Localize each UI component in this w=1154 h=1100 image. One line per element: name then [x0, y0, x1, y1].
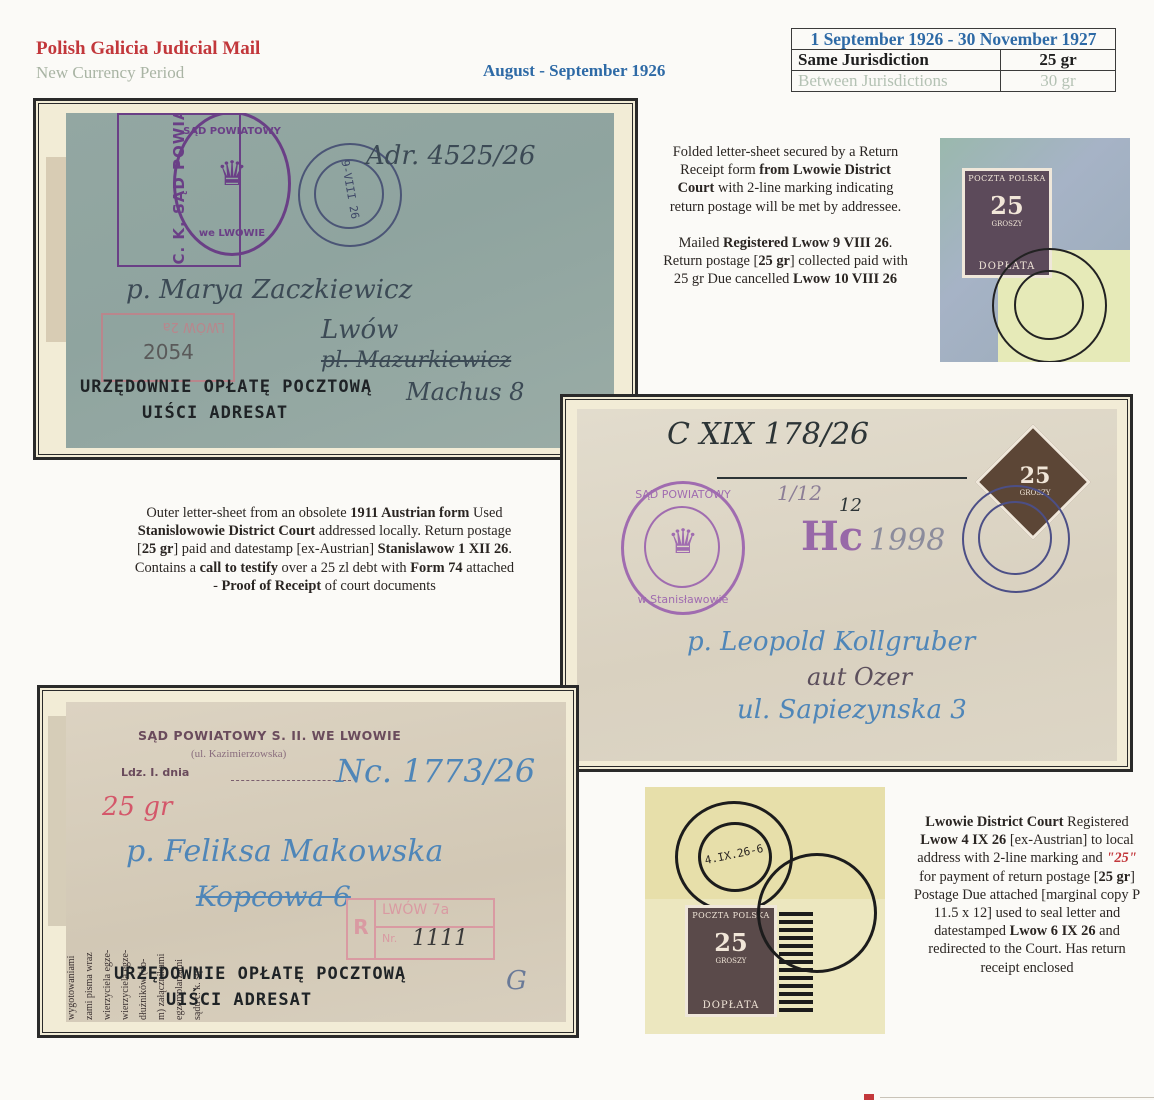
docket-number: Adr. 4525/26	[366, 141, 536, 171]
printed-court-header: SĄD POWIATOWY S. II. WE LWOWIE	[138, 728, 401, 743]
caption-emphasis: Stanislawow 1 XII 26	[378, 541, 509, 557]
address-struck: Kopcowa 6	[196, 880, 351, 913]
official-postage-line1: URZĘDOWNIE OPŁATĘ POCZTOWĄ	[114, 964, 406, 984]
datestamp	[962, 485, 1070, 593]
registration-office: LWÓW 2a	[103, 315, 233, 338]
caption-cover-3-text: Lwowie District Court Registered Lwow 4 …	[912, 813, 1142, 977]
rate-value: 25 gr	[1001, 50, 1116, 71]
official-postage-line1: URZĘDOWNIE OPŁATĘ POCZTOWĄ	[80, 377, 372, 397]
oval-cachet-top: SĄD POWIATOWY	[176, 126, 288, 137]
round-cachet: ♛ SĄD POWIATOWY w Stanisławowie	[621, 481, 745, 615]
registration-office: LWÓW 7a	[382, 902, 449, 918]
rate-table: 1 September 1926 - 30 November 1927 Same…	[791, 28, 1116, 92]
caption-text: Used	[469, 505, 502, 521]
caption-emphasis: "25"	[1106, 850, 1136, 866]
caption-text: over a 25 zl debt with	[278, 560, 410, 576]
official-postage-line2: UIŚCI ADRESAT	[166, 990, 312, 1010]
page-subtitle: New Currency Period	[36, 63, 184, 83]
rate-table-period: 1 September 1926 - 30 November 1927	[792, 29, 1116, 50]
caption-emphasis: 25 gr	[758, 253, 790, 269]
registration-nr-label: Nr.	[382, 932, 397, 945]
stamp-label: DOPŁATA	[688, 1000, 774, 1011]
page-title: Polish Galicia Judicial Mail	[36, 38, 260, 60]
eagle-icon: ♛	[624, 522, 742, 562]
caption-emphasis: Stanislowowie District Court	[138, 523, 315, 539]
period-heading: August - September 1926	[483, 61, 665, 81]
caption-cover-1-para-2: Mailed Registered Lwow 9 VIII 26. Return…	[663, 234, 908, 289]
registration-number: 2054	[103, 338, 233, 366]
registry-number: 1998	[869, 523, 945, 558]
rate-row-between: Between Jurisdictions 30 gr	[792, 71, 1116, 92]
address-street: ul. Sapiezynska 3	[737, 695, 967, 725]
caption-text: Outer letter-sheet from an obsolete	[146, 505, 350, 521]
caption-text: of court documents	[321, 578, 436, 594]
side-text-column: zami pisma wraz	[84, 930, 98, 1020]
rate-label: Between Jurisdictions	[792, 71, 1001, 92]
stamp-country: POCZTA POLSKA	[965, 174, 1049, 183]
address-redirect: Machus 8	[406, 378, 524, 406]
cover-frame-1: C. K. SĄD POWIA ♛ SĄD POWIATOWY we LWOWI…	[33, 98, 638, 460]
datestamp-inner-ring	[1014, 270, 1084, 340]
docket-underline	[717, 477, 967, 479]
note-fraction: 1/12	[777, 481, 822, 505]
cover-grey: C. K. SĄD POWIA ♛ SĄD POWIATOWY we LWOWI…	[66, 113, 614, 448]
oval-cachet-bottom: we LWOWIE	[176, 228, 288, 239]
docket-number: Nc. 1773/26	[336, 752, 535, 790]
cover-frame-3: SĄD POWIATOWY S. II. WE LWOWIE (ul. Kazi…	[37, 685, 579, 1038]
eagle-icon: ♛	[176, 154, 288, 194]
caption-emphasis: 1911 Austrian form	[350, 505, 469, 521]
official-postage-line2: UIŚCI ADRESAT	[142, 403, 288, 423]
caption-cover-3: Lwowie District Court Registered Lwow 4 …	[912, 813, 1142, 977]
addressee-name: p. Feliksa Makowska	[126, 834, 443, 869]
caption-text: Mailed	[679, 235, 723, 251]
caption-cover-1: Folded letter-sheet secured by a Return …	[663, 143, 908, 288]
caption-emphasis: 25 gr	[142, 541, 174, 557]
caption-emphasis: Registered Lwow 9 VIII 26	[723, 235, 889, 251]
oval-cachet: ♛ SĄD POWIATOWY we LWOWIE	[173, 113, 291, 256]
stamp-value: 25	[965, 191, 1049, 220]
caption-cover-2: Outer letter-sheet from an obsolete 1911…	[132, 504, 517, 595]
side-text-column: wygotowaniami	[66, 930, 80, 1020]
red-postage-note: 25 gr	[102, 792, 172, 822]
round-cachet-top: SĄD POWIATOWY	[624, 488, 742, 501]
caption-emphasis: 25 gr	[1099, 869, 1131, 885]
caption-text: for payment of return postage [	[919, 869, 1098, 885]
addressee-name: p. Marya Zaczkiewicz	[126, 275, 412, 305]
caption-emphasis: Lwow 10 VIII 26	[793, 271, 897, 287]
rate-label: Same Jurisdiction	[792, 50, 1001, 71]
datestamp	[992, 248, 1107, 362]
detail-image-2: 4.IX.26-6 POCZTA POLSKA 25 GROSZY DOPŁAT…	[645, 787, 885, 1034]
address-city: Lwów	[321, 315, 398, 345]
registry-label: Hc	[801, 513, 863, 560]
detail-image-1: POCZTA POLSKA 25 GROSZY DOPŁATA	[940, 138, 1130, 362]
registration-box: LWÓW 2a 2054	[101, 313, 235, 382]
caption-cover-1-para-1: Folded letter-sheet secured by a Return …	[663, 143, 908, 216]
pencil-mark: G	[506, 966, 527, 996]
cover-cream: C XIX 178/26 1/12 12 ♛ SĄD POWIATOWY w S…	[577, 409, 1117, 761]
cover-frame-2: C XIX 178/26 1/12 12 ♛ SĄD POWIATOWY w S…	[560, 394, 1133, 772]
printed-court-address: (ul. Kazimierzowska)	[191, 748, 286, 760]
datestamp-inner-ring	[978, 501, 1052, 575]
rate-row-same: Same Jurisdiction 25 gr	[792, 50, 1116, 71]
printed-form-line: Ldz. I. dnia	[121, 766, 189, 779]
form-dotted-line	[231, 780, 351, 781]
caption-emphasis: Form 74	[410, 560, 462, 576]
caption-text: ] paid and datestamp [ex-Austrian]	[173, 541, 377, 557]
registration-label: R LWÓW 7a Nr. 1111	[346, 898, 495, 960]
caption-cover-2-text: Outer letter-sheet from an obsolete 1911…	[132, 504, 517, 595]
rate-value: 30 gr	[1001, 71, 1116, 92]
registration-number: 1111	[412, 926, 468, 951]
docket-number: C XIX 178/26	[667, 417, 869, 452]
registration-prefix: R	[348, 900, 376, 958]
address-struck: pl. Mazurkiewicz	[321, 348, 511, 373]
caption-text: Registered	[1064, 814, 1129, 830]
caption-emphasis: Lwowie District Court	[925, 814, 1063, 830]
caption-emphasis: Lwow 6 IX 26	[1010, 923, 1096, 939]
datestamp-2	[757, 853, 877, 973]
address-redirect: aut Ozer	[807, 663, 912, 691]
caption-emphasis: Proof of Receipt	[222, 578, 322, 594]
footer-marker	[864, 1094, 874, 1100]
stamp-currency: GROSZY	[688, 957, 774, 965]
addressee-name: p. Leopold Kollgruber	[687, 627, 975, 657]
stamp-currency: GROSZY	[965, 220, 1049, 228]
round-cachet-bottom: w Stanisławowie	[624, 593, 742, 606]
caption-emphasis: call to testify	[200, 560, 278, 576]
footer-rule	[880, 1097, 1154, 1098]
cover-beige: SĄD POWIATOWY S. II. WE LWOWIE (ul. Kazi…	[66, 702, 566, 1022]
caption-emphasis: Lwow 4 IX 26	[920, 832, 1006, 848]
